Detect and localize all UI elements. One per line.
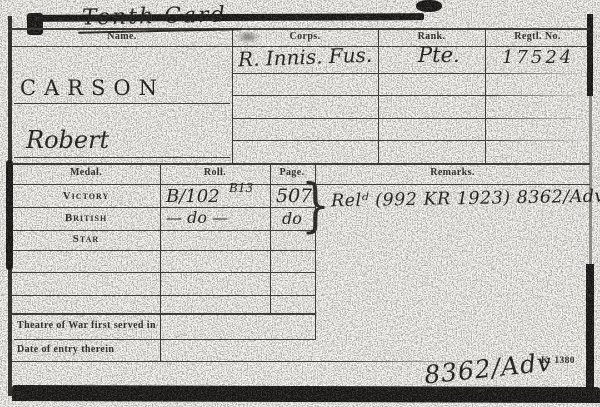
grid-line [14, 339, 315, 340]
grid-line [14, 157, 230, 158]
british-roll-value: — do — [166, 210, 228, 226]
grid-line [378, 28, 379, 163]
medal-row-star-label: Star [12, 233, 160, 245]
scan-border-bottom [12, 385, 600, 403]
grid-line [232, 28, 233, 163]
british-page-value: do [282, 211, 302, 227]
remarks-value: Relᵈ (992 KR 1923) 8362/Adv [331, 189, 600, 211]
roll-header-label: Roll. [160, 167, 270, 178]
grid-line [270, 163, 271, 313]
scan-border-right-top [587, 14, 593, 96]
scan-smudge-top [416, 0, 442, 12]
rank-header-label: Rank. [378, 31, 485, 42]
scan-border-right-mid [589, 96, 592, 264]
grid-line [12, 313, 315, 315]
remarks-header-label: Remarks. [315, 167, 590, 178]
bottom-right-annotation: 8362/Adv [423, 349, 553, 387]
medal-header-label: Medal. [12, 167, 160, 178]
grid-line [232, 140, 588, 141]
grid-line [485, 28, 486, 163]
rank-value: Pte. [418, 45, 460, 66]
grid-line [232, 95, 588, 96]
ink-smudge [236, 31, 260, 43]
grid-line [14, 103, 230, 104]
medal-row-british-label: British [12, 212, 160, 224]
grid-line [160, 163, 161, 362]
theatre-of-war-label: Theatre of War first served in [17, 320, 156, 331]
date-of-entry-label: Date of entry therein [17, 344, 114, 355]
medal-row-victory-label: Victory [12, 190, 160, 202]
grid-line [232, 73, 588, 74]
corps-value: R. Innis. Fus. [238, 45, 373, 70]
regtl-no-value: 17524 [502, 49, 574, 67]
victory-roll-superscript: B13 [229, 182, 253, 194]
top-annotation: Tenth Card [78, 4, 241, 33]
regtl-no-header-label: Regtl. No. [485, 31, 590, 42]
remarks-brace-mark: } [301, 176, 331, 234]
grid-line [232, 118, 588, 119]
grid-line [12, 163, 590, 165]
forename-value: Robert [26, 128, 109, 152]
grid-line [12, 361, 480, 362]
medal-index-card-scan: Name. Corps. Rank. Regtl. No. Medal. Rol… [0, 0, 600, 407]
surname-value: CARSON [20, 78, 165, 99]
scan-border-right-bottom [586, 264, 594, 396]
victory-roll-value: B/102 [166, 188, 220, 206]
